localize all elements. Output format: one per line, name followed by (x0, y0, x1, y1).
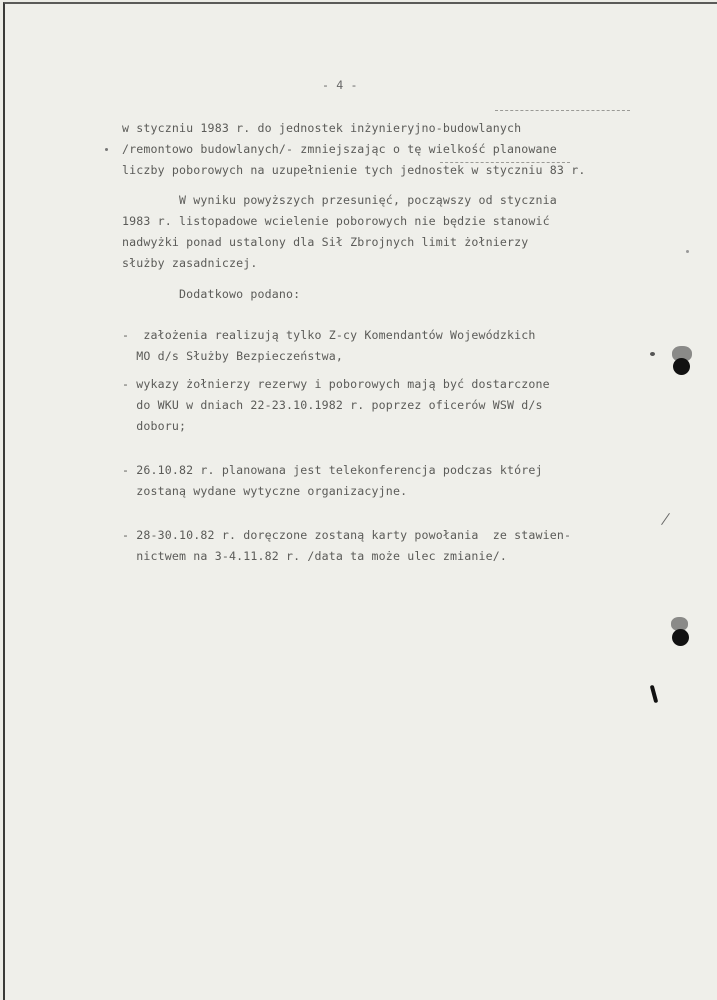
stray-mark (650, 352, 655, 356)
bullet-line: doboru; (122, 419, 186, 433)
text-line: w styczniu 1983 r. do jednostek inżynier… (122, 121, 521, 135)
punch-hole-icon (672, 629, 689, 646)
text-line: W wyniku powyższych przesunięć, począwsz… (122, 193, 557, 207)
text-line: liczby poborowych na uzupełnienie tych j… (122, 163, 585, 177)
text-line: służby zasadniczej. (122, 256, 257, 270)
text-line: nadwyżki ponad ustalony dla Sił Zbrojnyc… (122, 235, 528, 249)
bullet-line: do WKU w dniach 22-23.10.1982 r. poprzez… (122, 398, 543, 412)
bullet-line: MO d/s Służby Bezpieczeństwa, (122, 349, 343, 363)
bullet-line: - wykazy żołnierzy rezerwy i poborowych … (122, 377, 550, 391)
bullet-line: - 28-30.10.82 r. doręczone zostaną karty… (122, 528, 571, 542)
bullet-line: - 26.10.82 r. planowana jest telekonfere… (122, 463, 543, 477)
bullet-line: nictwem na 3-4.11.82 r. /data ta może ul… (122, 549, 507, 563)
text-line: /remontowo budowlanych/- zmniejszając o … (122, 142, 557, 156)
bullet-line: - założenia realizują tylko Z-cy Komenda… (122, 328, 536, 342)
page-number: - 4 - (322, 78, 358, 92)
underline-mark (495, 110, 630, 111)
text-line: 1983 r. listopadowe wcielenie poborowych… (122, 214, 550, 228)
bullet-line: zostaną wydane wytyczne organizacyjne. (122, 484, 407, 498)
punch-hole-icon (673, 358, 690, 375)
stray-mark (105, 148, 108, 151)
stray-mark (686, 250, 689, 253)
text-line: Dodatkowo podano: (122, 287, 300, 301)
